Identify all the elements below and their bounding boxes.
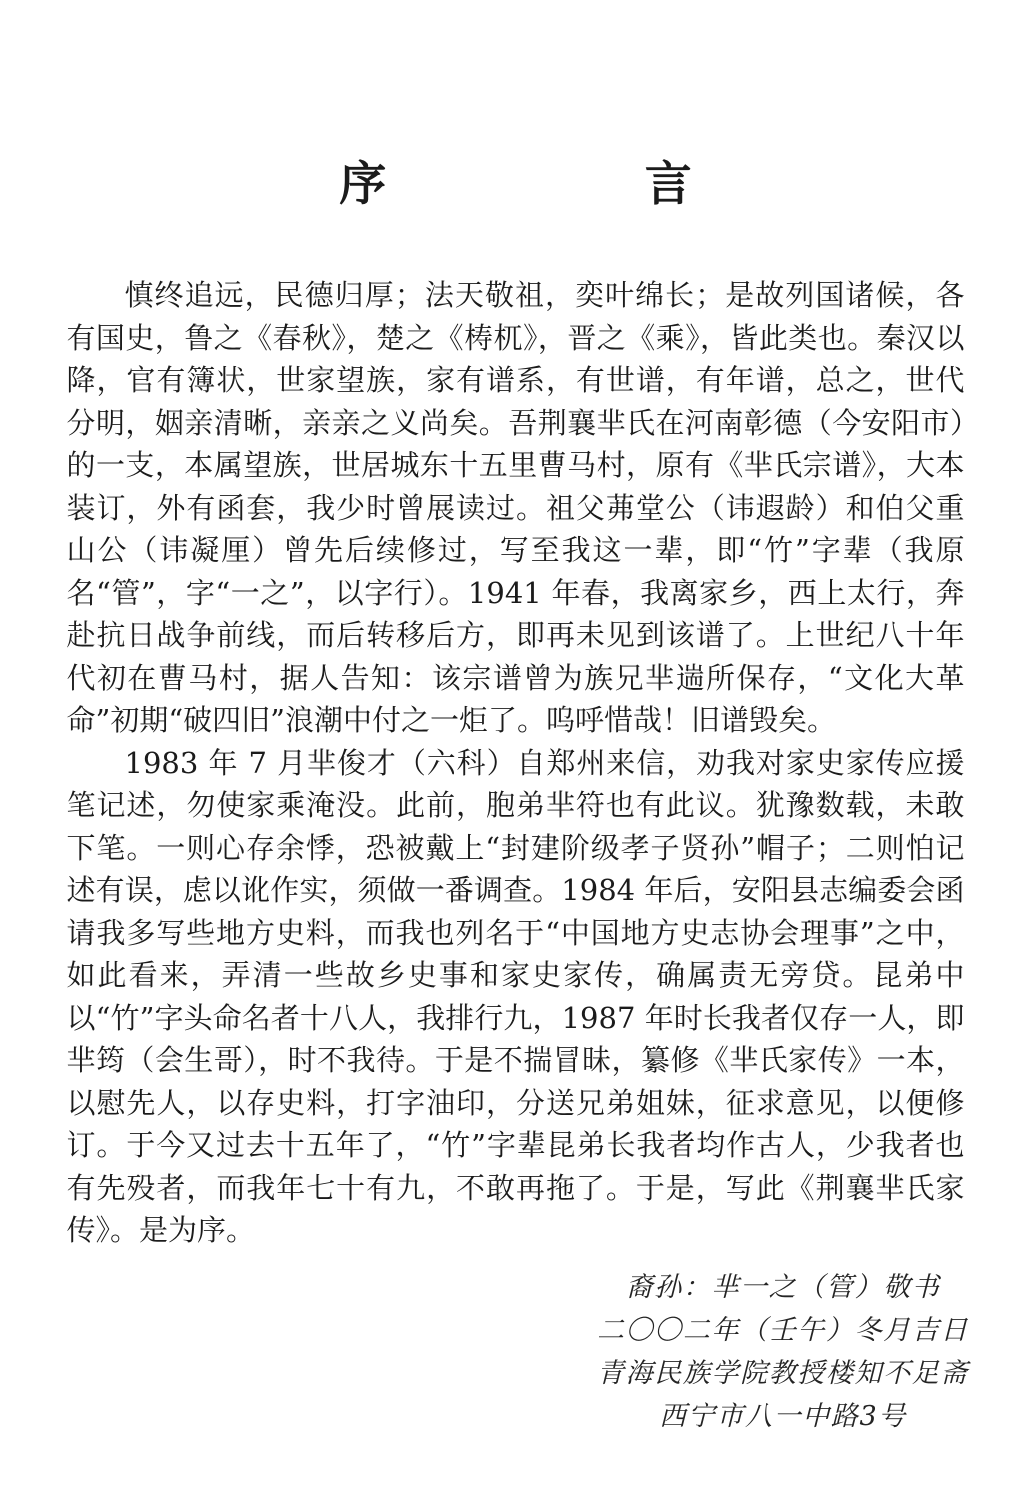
signature-block: 裔孙：芈一之（管）敬书 二〇〇二年（壬午）冬月吉日 青海民族学院教授楼知不足斋 … (593, 1266, 973, 1438)
paragraph-1: 慎终追远，民德归厚；法天敬祖，奕叶绵长；是故列国诸候，各有国史，鲁之《春秋》，楚… (67, 274, 965, 742)
preface-body: 慎终追远，民德归厚；法天敬祖，奕叶绵长；是故列国诸候，各有国史，鲁之《春秋》，楚… (67, 274, 965, 1252)
paragraph-2: 1983 年 7 月芈俊才（六科）自郑州来信，劝我对家史家传应援笔记述，勿使家乘… (67, 742, 965, 1252)
signature-address-line: 西宁市八一中路3号 (593, 1395, 973, 1438)
signature-author-line: 裔孙：芈一之（管）敬书 (593, 1266, 973, 1309)
signature-date-line: 二〇〇二年（壬午）冬月吉日 (593, 1309, 973, 1352)
page-title: 序言 (0, 0, 1031, 212)
scanned-book-page: 序言 慎终追远，民德归厚；法天敬祖，奕叶绵长；是故列国诸候，各有国史，鲁之《春秋… (0, 0, 1031, 1504)
signature-studio-line: 青海民族学院教授楼知不足斋 (593, 1352, 973, 1395)
